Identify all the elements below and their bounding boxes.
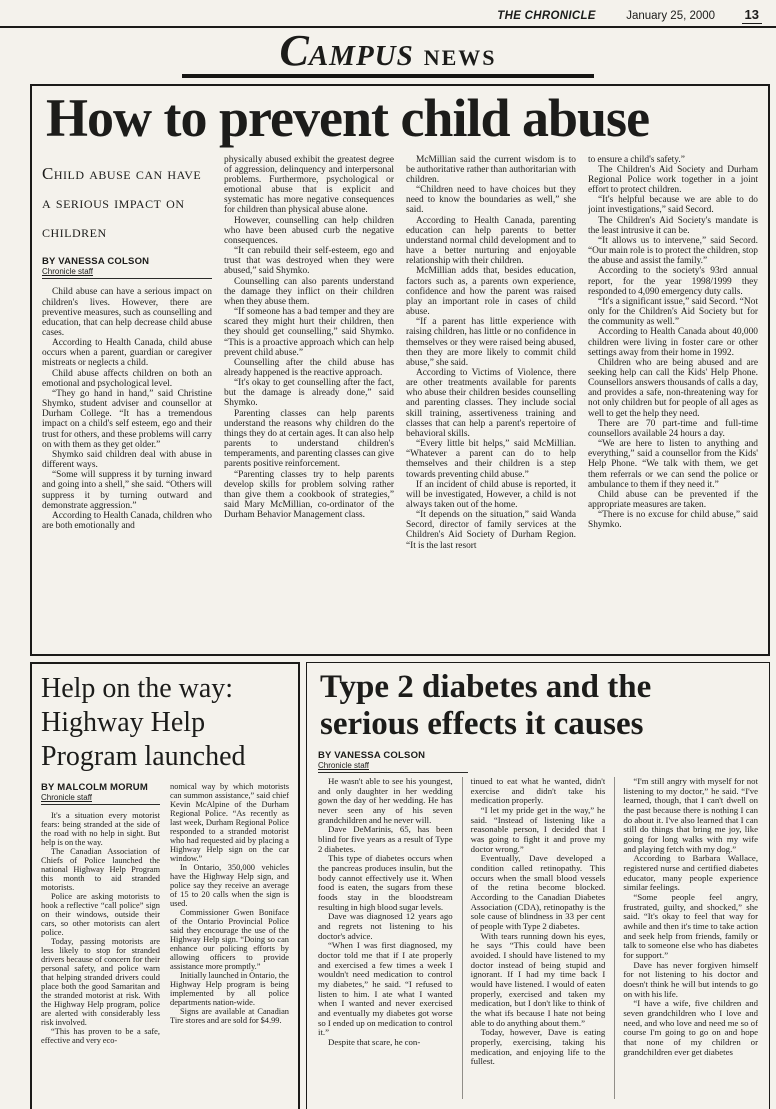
body-column: nomical way by which motorists can summo… <box>170 782 289 1025</box>
body-paragraph: physically abused exhibit the greatest d… <box>224 155 394 216</box>
body-paragraph: Eventually, Dave developed a condition c… <box>471 854 606 931</box>
masthead-underline <box>182 74 594 78</box>
body-paragraph: “This has proven to be a safe, effective… <box>41 1027 160 1045</box>
body-paragraph: “They go hand in hand,” said Christine S… <box>42 389 212 450</box>
byline-block: BY MALCOLM MORUM Chronicle staff <box>41 782 160 805</box>
body-column: to ensure a child's safety.”The Children… <box>588 155 758 531</box>
child-abuse-columns: Child abuse can have a serious impact on… <box>42 155 758 647</box>
diabetes-headline: Type 2 diabetes and the serious effects … <box>320 669 758 743</box>
body-paragraph: “It depends on the situation,” said Wand… <box>406 510 576 551</box>
section-masthead: CAMPUSNEWS <box>0 28 776 78</box>
body-paragraph: Counselling can also parents understand … <box>224 277 394 307</box>
body-paragraph: Police are asking motorists to hook a re… <box>41 892 160 937</box>
article-column: “I'm still angry with myself for not lis… <box>614 777 758 1099</box>
issue-date: January 25, 2000 <box>626 10 715 22</box>
body-paragraph: “Every little bit helps,” said McMillian… <box>406 439 576 480</box>
body-paragraph: Child abuse can have a serious impact on… <box>42 287 212 338</box>
body-paragraph: In Ontario, 350,000 vehicles have the Hi… <box>170 863 289 908</box>
body-paragraph: tinued to eat what he wanted, didn't exe… <box>471 777 606 806</box>
publication-name: THE CHRONICLE <box>497 10 595 22</box>
body-paragraph: “It's helpful because we are able to do … <box>588 195 758 215</box>
headline-line: Highway Help <box>41 706 289 740</box>
article-highway-help: Help on the way: Highway Help Program la… <box>30 662 300 1109</box>
page-header: THE CHRONICLE January 25, 2000 13 <box>0 0 776 26</box>
body-paragraph: Commissioner Gwen Boniface of the Ontari… <box>170 908 289 971</box>
body-paragraph: Children who are being abused and are se… <box>588 358 758 419</box>
body-paragraph: The Canadian Association of Chiefs of Po… <box>41 847 160 892</box>
body-paragraph: “I have a wife, five children and seven … <box>623 999 758 1057</box>
body-paragraph: According to Barbara Wallace, registered… <box>623 854 758 893</box>
body-paragraph: With tears running down his eyes, he say… <box>471 932 606 1029</box>
body-paragraph: “It's a significant issue,” said Secord.… <box>588 297 758 327</box>
headline-line: Program launched <box>41 740 289 774</box>
body-paragraph: “If a parent has little experience with … <box>406 317 576 368</box>
body-column: Child abuse can have a serious impact on… <box>42 287 212 531</box>
byline-name: BY MALCOLM MORUM <box>41 782 160 793</box>
body-paragraph: “I let my pride get in the way,” he said… <box>471 806 606 854</box>
body-paragraph: “When I was first diagnosed, my doctor t… <box>318 941 453 1038</box>
body-paragraph: Counselling after the child abuse has al… <box>224 358 394 378</box>
byline-credit: Chronicle staff <box>42 267 212 279</box>
article-child-abuse: How to prevent child abuse Child abuse c… <box>30 84 770 656</box>
article-diabetes: Type 2 diabetes and the serious effects … <box>306 662 770 1109</box>
body-paragraph: McMillian adds that, besides education, … <box>406 266 576 317</box>
page-number: 13 <box>742 7 762 24</box>
body-paragraph: “Children need to have choices but they … <box>406 185 576 215</box>
body-paragraph: “It can rebuild their self-esteem, ego a… <box>224 246 394 276</box>
article-column: He wasn't able to see his youngest, and … <box>318 777 453 1099</box>
body-column: “I'm still angry with myself for not lis… <box>623 777 758 1057</box>
body-paragraph: Signs are available at Canadian Tire sto… <box>170 1007 289 1025</box>
article-column: Child abuse can have a serious impact on… <box>42 155 212 647</box>
masthead-word-campus: AMPUS <box>309 40 414 72</box>
body-column: tinued to eat what he wanted, didn't exe… <box>471 777 606 1067</box>
masthead-initial: C <box>279 26 308 75</box>
bottom-articles-row: Help on the way: Highway Help Program la… <box>30 662 770 1109</box>
body-paragraph: Dave has never forgiven himself for not … <box>623 961 758 1000</box>
body-paragraph: “I'm still angry with myself for not lis… <box>623 777 758 854</box>
body-paragraph: He wasn't able to see his youngest, and … <box>318 777 453 825</box>
body-paragraph: According to Health Canada about 40,000 … <box>588 327 758 357</box>
byline-name: BY VANESSA COLSON <box>318 750 468 761</box>
highway-help-columns: BY MALCOLM MORUM Chronicle staff It's a … <box>41 782 289 1100</box>
body-paragraph: If an incident of child abuse is reporte… <box>406 480 576 510</box>
article-column: physically abused exhibit the greatest d… <box>224 155 394 647</box>
masthead-word-news: NEWS <box>424 45 497 70</box>
article-column: McMillian said the current wisdom is to … <box>406 155 576 647</box>
body-paragraph: “We are here to listen to anything and e… <box>588 439 758 490</box>
body-paragraph: Dave DeMarinis, 65, has been blind for f… <box>318 825 453 854</box>
body-paragraph: Despite that scare, he con- <box>318 1038 453 1048</box>
newspaper-page: THE CHRONICLE January 25, 2000 13 CAMPUS… <box>0 0 776 1109</box>
body-paragraph: “It's okay to get counselling after the … <box>224 378 394 408</box>
body-paragraph: “It allows us to intervene,” said Secord… <box>588 236 758 266</box>
headline-line: serious effects it causes <box>320 706 758 743</box>
body-paragraph: Child abuse affects children on both an … <box>42 369 212 389</box>
article-column: nomical way by which motorists can summo… <box>170 782 289 1100</box>
byline-credit: Chronicle staff <box>318 761 468 773</box>
body-paragraph: McMillian said the current wisdom is to … <box>406 155 576 185</box>
body-column: It's a situation every motorist fears: b… <box>41 811 160 1045</box>
body-paragraph: According to Health Canada, child abuse … <box>42 338 212 368</box>
byline-block: BY VANESSA COLSON Chronicle staff <box>42 256 212 279</box>
body-paragraph: Today, however, Dave is eating properly,… <box>471 1028 606 1067</box>
body-column: physically abused exhibit the greatest d… <box>224 155 394 521</box>
body-paragraph: Shymko said children deal with abuse in … <box>42 450 212 470</box>
byline-block: BY VANESSA COLSON Chronicle staff <box>318 750 468 773</box>
child-abuse-headline: How to prevent child abuse <box>46 90 758 147</box>
body-paragraph: Today, passing motorists are less likely… <box>41 937 160 1027</box>
body-paragraph: According to the society's 93rd annual r… <box>588 266 758 296</box>
body-paragraph: nomical way by which motorists can summo… <box>170 782 289 863</box>
headline-line: Type 2 diabetes and the <box>320 669 758 706</box>
body-paragraph: “Some people feel angry, frustrated, gui… <box>623 893 758 961</box>
body-paragraph: Dave was diagnosed 12 years ago and regr… <box>318 912 453 941</box>
body-paragraph: “Some will suppress it by turning inward… <box>42 470 212 511</box>
body-paragraph: The Children's Aid Society and Durham Re… <box>588 165 758 195</box>
body-column: McMillian said the current wisdom is to … <box>406 155 576 551</box>
body-paragraph: “If someone has a bad temper and they ar… <box>224 307 394 358</box>
body-paragraph: This type of diabetes occurs when the pa… <box>318 854 453 912</box>
body-paragraph: to ensure a child's safety.” <box>588 155 758 165</box>
body-paragraph: “There is no excuse for child abuse,” sa… <box>588 510 758 530</box>
byline-name: BY VANESSA COLSON <box>42 256 212 267</box>
body-paragraph: The Children's Aid Society's mandate is … <box>588 216 758 236</box>
body-paragraph: Child abuse can be prevented if the appr… <box>588 490 758 510</box>
article-column: to ensure a child's safety.”The Children… <box>588 155 758 647</box>
body-paragraph: “Parenting classes try to help parents d… <box>224 470 394 521</box>
diabetes-columns: He wasn't able to see his youngest, and … <box>318 777 758 1099</box>
body-paragraph: Initially launched in Ontario, the Highw… <box>170 971 289 1007</box>
byline-credit: Chronicle staff <box>41 793 160 805</box>
body-paragraph: It's a situation every motorist fears: b… <box>41 811 160 847</box>
body-paragraph: According to Victims of Violence, there … <box>406 368 576 439</box>
body-paragraph: However, counselling can help children w… <box>224 216 394 246</box>
body-paragraph: According to Health Canada, children who… <box>42 511 212 531</box>
body-paragraph: Parenting classes can help parents under… <box>224 409 394 470</box>
body-column: He wasn't able to see his youngest, and … <box>318 777 453 1048</box>
highway-help-headline: Help on the way: Highway Help Program la… <box>41 672 289 774</box>
headline-line: Help on the way: <box>41 672 289 706</box>
article-column: tinued to eat what he wanted, didn't exe… <box>462 777 606 1099</box>
body-paragraph: There are 70 part-time and full-time cou… <box>588 419 758 439</box>
body-paragraph: According to Health Canada, parenting ed… <box>406 216 576 267</box>
article-column: BY MALCOLM MORUM Chronicle staff It's a … <box>41 782 160 1100</box>
child-abuse-deck: Child abuse can have a serious impact on… <box>42 159 212 247</box>
